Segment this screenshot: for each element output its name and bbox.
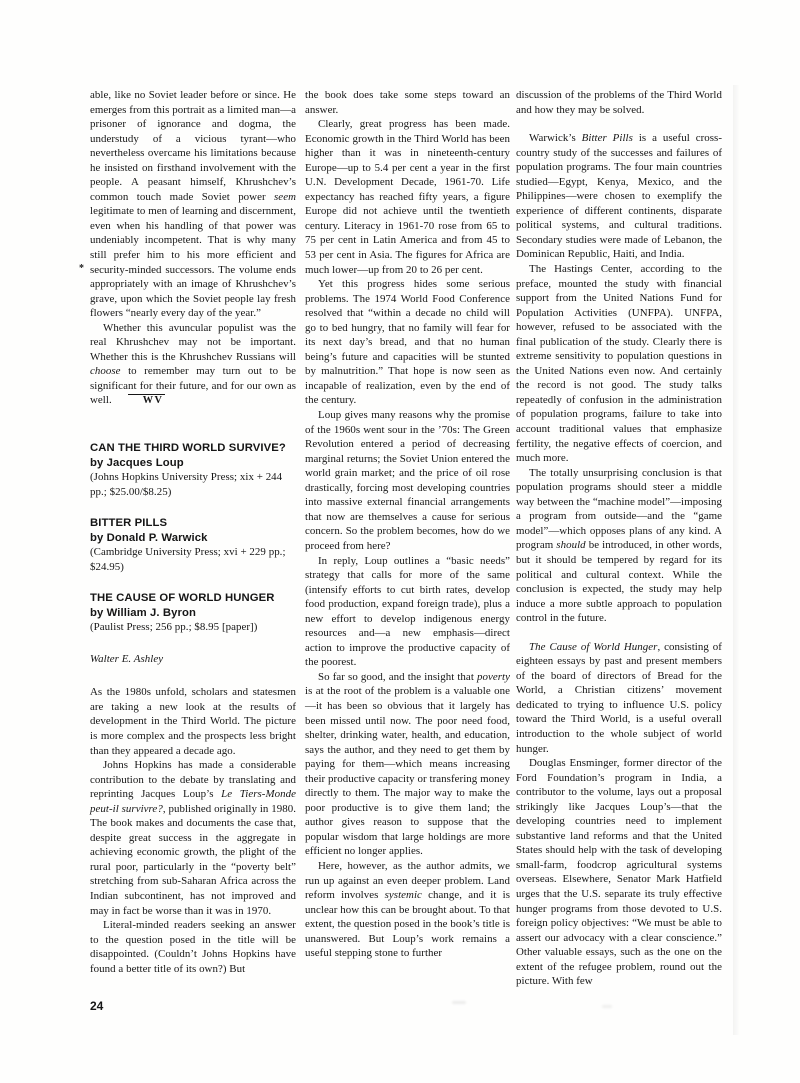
book-title: THE CAUSE OF WORLD HUNGER <box>90 591 296 606</box>
book-entry: CAN THE THIRD WORLD SURVIVE? by Jacques … <box>90 441 296 499</box>
book-title: CAN THE THIRD WORLD SURVIVE? <box>90 441 296 456</box>
scan-artifact <box>733 85 740 1035</box>
paragraph: In reply, Loup outlines a “basic needs” … <box>305 554 510 670</box>
end-of-review-mark: WV <box>128 394 166 407</box>
paragraph: Douglas Ensminger, former director of th… <box>516 756 722 989</box>
scan-artifact <box>452 1001 466 1004</box>
paragraph: Whether this avuncular populist was the … <box>90 321 296 408</box>
paragraph: able, like no Soviet leader before or si… <box>90 88 296 321</box>
book-author: by Donald P. Warwick <box>90 531 296 546</box>
column-left: able, like no Soviet leader before or si… <box>90 88 296 976</box>
paragraph: As the 1980s unfold, scholars and states… <box>90 685 296 758</box>
paragraph-text: Whether this avuncular populist was the … <box>90 322 296 407</box>
paragraph: Johns Hopkins has made a considerable co… <box>90 758 296 918</box>
book-entry: BITTER PILLS by Donald P. Warwick (Cambr… <box>90 516 296 574</box>
book-author: by William J. Byron <box>90 606 296 621</box>
book-list: CAN THE THIRD WORLD SURVIVE? by Jacques … <box>90 441 296 635</box>
paragraph: Warwick’s Bitter Pills is a useful cross… <box>516 131 722 262</box>
book-publisher: (Paulist Press; 256 pp.; $8.95 [paper]) <box>90 620 296 635</box>
paragraph: Literal-minded readers seeking an answer… <box>90 918 296 976</box>
book-publisher: (Johns Hopkins University Press; xix + 2… <box>90 470 296 499</box>
book-title: BITTER PILLS <box>90 516 296 531</box>
paragraph: Yet this progress hides some serious pro… <box>305 277 510 408</box>
paragraph: The Cause of World Hunger, consisting of… <box>516 640 722 756</box>
magazine-page: * able, like no Soviet leader before or … <box>0 0 800 1083</box>
margin-mark: * <box>79 263 84 274</box>
scan-artifact <box>602 1005 612 1008</box>
paragraph: discussion of the problems of the Third … <box>516 88 722 117</box>
paragraph: the book does take some steps toward an … <box>305 88 510 117</box>
paragraph: Clearly, great progress has been made. E… <box>305 117 510 277</box>
paragraph: The totally unsurprising conclusion is t… <box>516 466 722 626</box>
reviewer-name: Walter E. Ashley <box>90 652 296 667</box>
book-publisher: (Cambridge University Press; xvi + 229 p… <box>90 545 296 574</box>
paragraph: The Hastings Center, according to the pr… <box>516 262 722 466</box>
paragraph: Loup gives many reasons why the promise … <box>305 408 510 553</box>
book-entry: THE CAUSE OF WORLD HUNGER by William J. … <box>90 591 296 635</box>
paragraph: Here, however, as the author admits, we … <box>305 859 510 961</box>
paragraph: So far so good, and the insight that pov… <box>305 670 510 859</box>
page-number: 24 <box>90 999 103 1013</box>
column-middle: the book does take some steps toward an … <box>305 88 510 961</box>
column-right: discussion of the problems of the Third … <box>516 88 722 989</box>
book-author: by Jacques Loup <box>90 456 296 471</box>
